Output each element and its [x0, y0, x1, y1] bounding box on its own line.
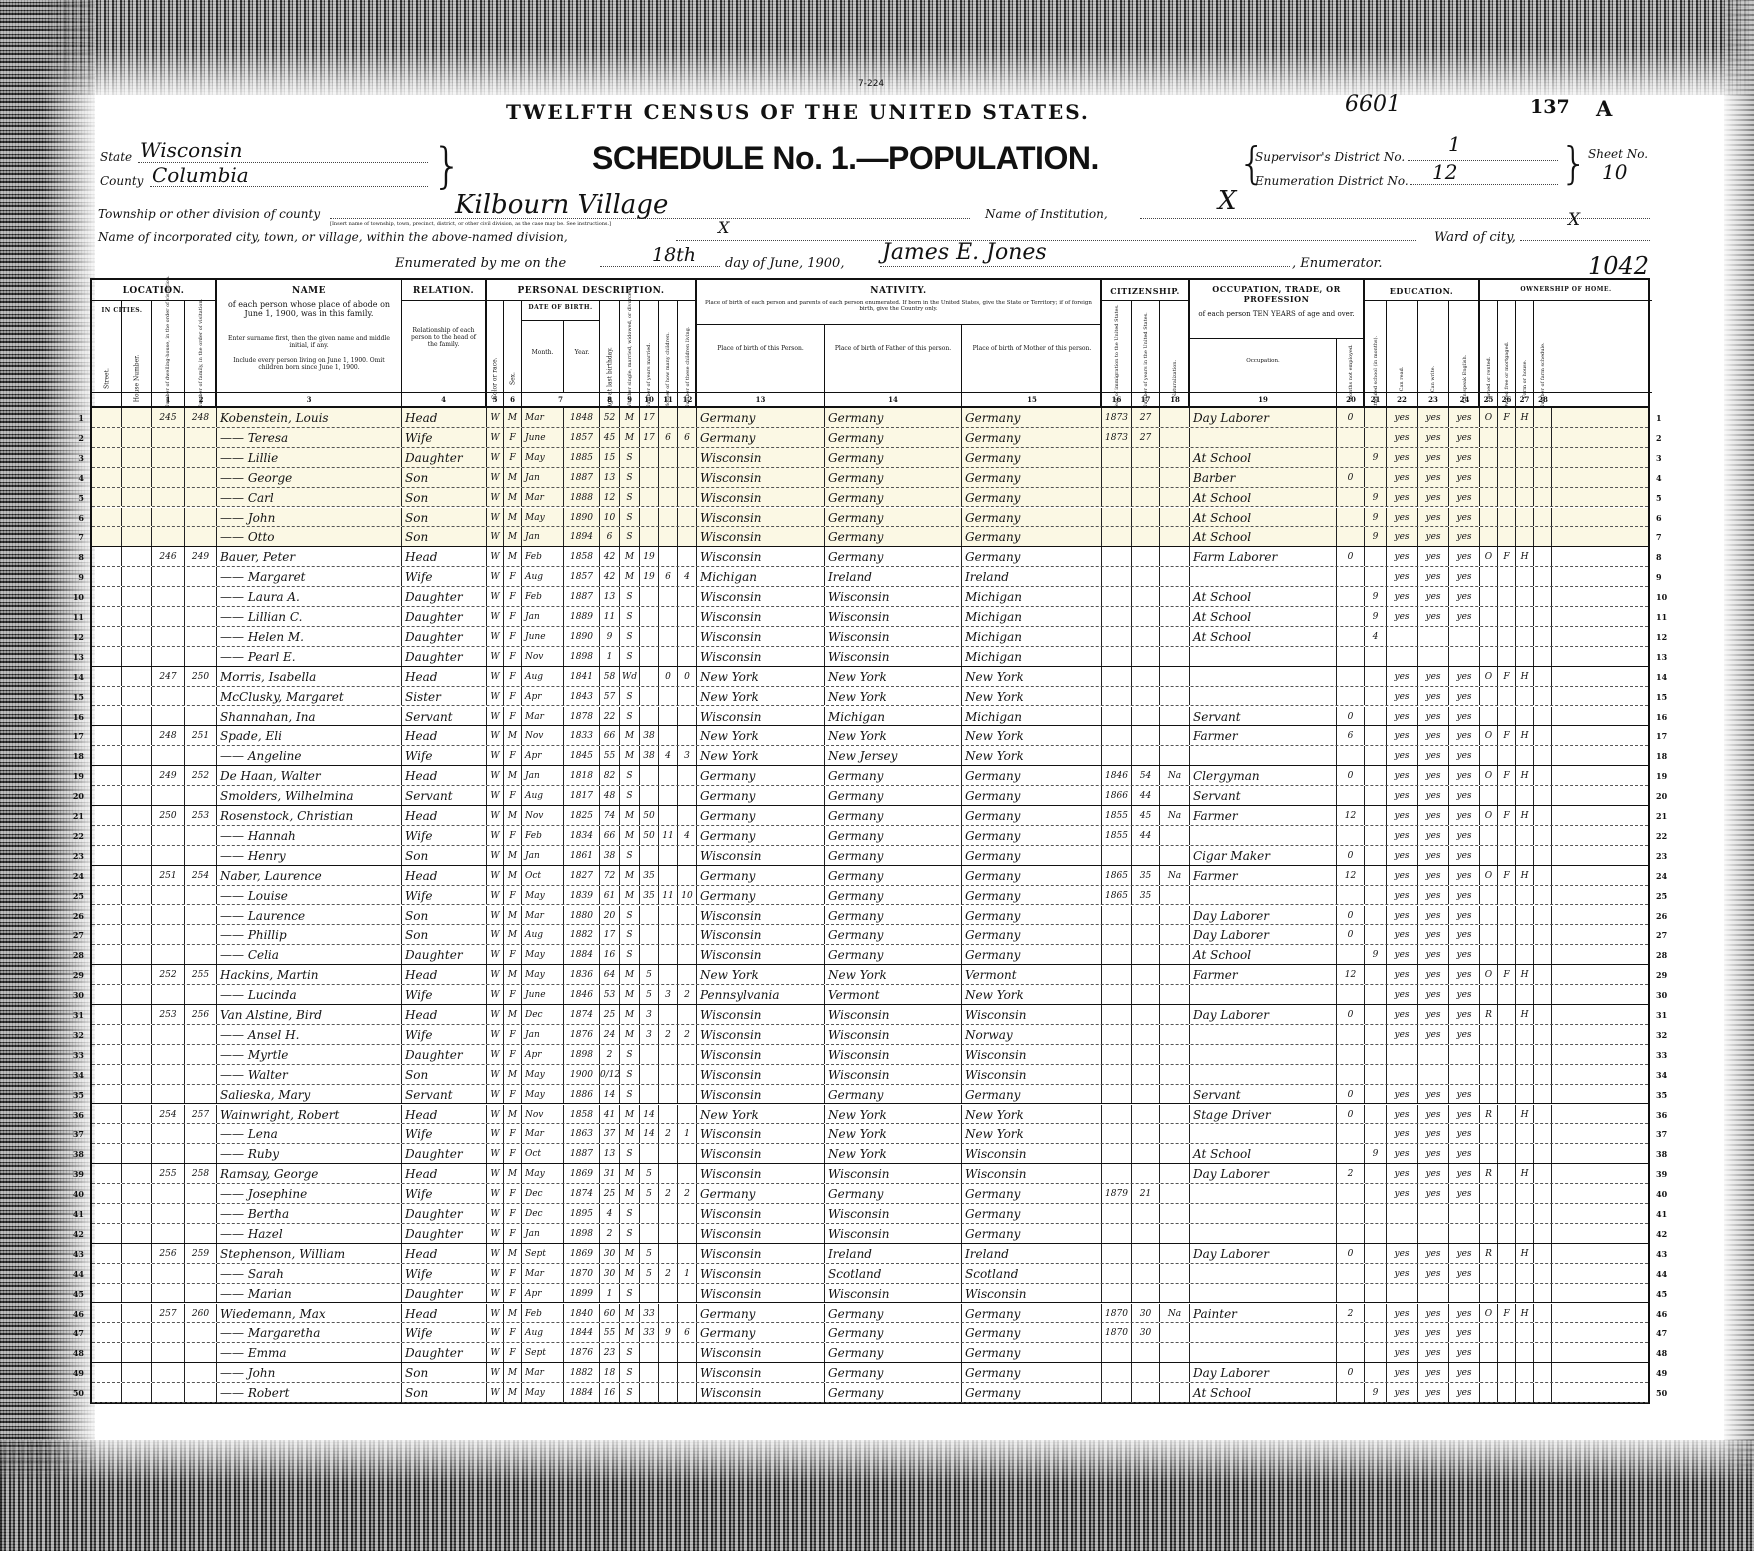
- cell-mother: Germany: [962, 866, 1102, 885]
- cell-occupation: [1190, 1323, 1337, 1342]
- cell-own: [1480, 846, 1498, 865]
- colnum-5: 5: [487, 395, 503, 404]
- cell-write: yes: [1418, 1164, 1449, 1183]
- cell-english: yes: [1449, 1363, 1480, 1382]
- cell-mother-of: [659, 806, 678, 825]
- table-header: LOCATION. IN CITIES. Street. House Numbe…: [92, 280, 1648, 408]
- cell-blank: [1552, 1284, 1652, 1303]
- cell-write: yes: [1418, 1025, 1449, 1044]
- cell-blank: [1552, 965, 1652, 984]
- cell-name: Ramsay, George: [217, 1164, 402, 1183]
- cell-mother: Germany: [962, 826, 1102, 845]
- cell-relation: Son: [402, 468, 487, 487]
- cell-immig: [1102, 985, 1132, 1004]
- cell-unemp: 0: [1337, 408, 1365, 427]
- cell-mother-of: 11: [659, 826, 678, 845]
- enumeration-label: Enumeration District No.: [1255, 174, 1409, 188]
- cell-unemp: [1337, 1025, 1365, 1044]
- cell-dwelling: [152, 508, 185, 527]
- supervisor-label: Supervisor's District No.: [1255, 150, 1405, 164]
- cell-living: 6: [678, 428, 697, 447]
- cell-write: yes: [1418, 925, 1449, 944]
- cell-color: W: [487, 786, 504, 805]
- cell-nat: [1160, 1144, 1190, 1163]
- cell-farm: [1516, 1025, 1534, 1044]
- cell-marital: S: [620, 786, 640, 805]
- cell-age: 17: [600, 925, 620, 944]
- cell-sched: [1534, 647, 1552, 666]
- cell-write: yes: [1418, 846, 1449, 865]
- cell-write: yes: [1418, 547, 1449, 566]
- cell-birth: Wisconsin: [697, 1164, 825, 1183]
- cell-family: [185, 1085, 217, 1104]
- cell-living: [678, 1383, 697, 1402]
- cell-father: Germany: [825, 468, 962, 487]
- cell-sex: F: [504, 786, 522, 805]
- cell-own: [1480, 488, 1498, 507]
- cell-yrs-married: 5: [640, 965, 659, 984]
- cell-free: [1498, 826, 1516, 845]
- cell-occupation: Day Laborer: [1190, 1244, 1337, 1263]
- township-value: Kilbourn Village: [455, 190, 668, 220]
- cell-marital: S: [620, 925, 640, 944]
- cell-house: [122, 1264, 152, 1283]
- cell-birth: Wisconsin: [697, 448, 825, 467]
- cell-name: —— Robert: [217, 1383, 402, 1402]
- cell-mother: Germany: [962, 786, 1102, 805]
- cell-write: yes: [1418, 488, 1449, 507]
- cell-sex: F: [504, 587, 522, 606]
- cell-school: 9: [1365, 448, 1387, 467]
- cell-sex: M: [504, 1164, 522, 1183]
- line-number-right: 4: [1656, 473, 1670, 483]
- cell-blank: [1552, 508, 1652, 527]
- cell-english: yes: [1449, 567, 1480, 586]
- cell-immig: [1102, 1224, 1132, 1243]
- cell-relation: Servant: [402, 1085, 487, 1104]
- cell-year: 1861: [564, 846, 600, 865]
- cell-family: [185, 468, 217, 487]
- line-number-right: 17: [1656, 731, 1670, 741]
- cell-father: Wisconsin: [825, 1065, 962, 1084]
- cell-month: Mar: [522, 1363, 564, 1382]
- line-number-right: 21: [1656, 811, 1670, 821]
- cell-free: F: [1498, 1304, 1516, 1323]
- cell-house: [122, 508, 152, 527]
- cell-mother: Michigan: [962, 707, 1102, 726]
- cell-relation: Wife: [402, 1124, 487, 1143]
- cell-mother: Germany: [962, 1343, 1102, 1362]
- table-row: —— LillieDaughterWFMay188515SWisconsinGe…: [92, 448, 1648, 468]
- cell-sex: M: [504, 925, 522, 944]
- cell-birth: Germany: [697, 408, 825, 427]
- cell-living: 2: [678, 1184, 697, 1203]
- cell-blank: [1552, 886, 1652, 905]
- cell-relation: Head: [402, 1304, 487, 1323]
- cell-birth: Wisconsin: [697, 508, 825, 527]
- cell-yrs-married: [640, 647, 659, 666]
- cell-school: [1365, 667, 1387, 686]
- line-number-right: 25: [1656, 891, 1670, 901]
- cell-school: [1365, 906, 1387, 925]
- cell-nat: [1160, 627, 1190, 646]
- cell-mother: New York: [962, 1105, 1102, 1124]
- cell-family: [185, 587, 217, 606]
- cell-yrs-married: [640, 587, 659, 606]
- table-row: —— MyrtleDaughterWFApr18982SWisconsinWis…: [92, 1045, 1648, 1065]
- table-row: —— Helen M.DaughterWFJune18909SWisconsin…: [92, 627, 1648, 647]
- cell-blank: [1552, 1065, 1652, 1084]
- cell-living: 0: [678, 667, 697, 686]
- cell-living: [678, 786, 697, 805]
- cell-unemp: [1337, 746, 1365, 765]
- cell-unemp: 0: [1337, 707, 1365, 726]
- cell-yrs-us: [1132, 527, 1160, 546]
- cell-free: [1498, 1343, 1516, 1362]
- table-row: —— JosephineWifeWFDec187425M522GermanyGe…: [92, 1184, 1648, 1204]
- cell-dwelling: [152, 1224, 185, 1243]
- cell-nat: [1160, 846, 1190, 865]
- cell-name: Spade, Eli: [217, 726, 402, 745]
- cell-birth: Germany: [697, 1304, 825, 1323]
- cell-write: yes: [1418, 1005, 1449, 1024]
- cell-family: [185, 786, 217, 805]
- cell-yrs-married: [640, 1045, 659, 1064]
- table-row: 249252De Haan, WalterHeadWMJan181882SGer…: [92, 766, 1648, 786]
- cell-yrs-us: [1132, 1124, 1160, 1143]
- cell-age: 53: [600, 985, 620, 1004]
- cell-write: yes: [1418, 726, 1449, 745]
- cell-mother-of: 9: [659, 1323, 678, 1342]
- cell-father: Wisconsin: [825, 1164, 962, 1183]
- cell-birth: New York: [697, 667, 825, 686]
- cell-sched: [1534, 1224, 1552, 1243]
- cell-english: yes: [1449, 1025, 1480, 1044]
- cell-mother: Germany: [962, 906, 1102, 925]
- cell-yrs-us: [1132, 647, 1160, 666]
- cell-mother: Wisconsin: [962, 1284, 1102, 1303]
- cell-age: 74: [600, 806, 620, 825]
- cell-year: 1836: [564, 965, 600, 984]
- cell-family: [185, 488, 217, 507]
- cell-birth: Wisconsin: [697, 707, 825, 726]
- cell-father: Germany: [825, 1323, 962, 1342]
- line-number-right: 31: [1656, 1010, 1670, 1020]
- cell-house: [122, 925, 152, 944]
- cell-read: yes: [1387, 766, 1418, 785]
- cell-birth: Germany: [697, 1184, 825, 1203]
- cell-mother: Germany: [962, 846, 1102, 865]
- enumerated-label: Enumerated by me on the: [395, 256, 566, 271]
- cell-yrs-us: [1132, 1244, 1160, 1263]
- cell-relation: Daughter: [402, 1284, 487, 1303]
- cell-sex: F: [504, 985, 522, 1004]
- cell-name: Stephenson, William: [217, 1244, 402, 1263]
- cell-occupation: [1190, 1065, 1337, 1084]
- cell-color: W: [487, 846, 504, 865]
- cell-marital: M: [620, 567, 640, 586]
- line-number: 48: [70, 1348, 84, 1358]
- cell-yrs-us: [1132, 547, 1160, 566]
- cell-age: 20: [600, 906, 620, 925]
- cell-street: [92, 945, 122, 964]
- cell-sex: M: [504, 527, 522, 546]
- cell-unemp: 0: [1337, 925, 1365, 944]
- colnum-26: 26: [1498, 395, 1515, 404]
- line-number: 13: [70, 652, 84, 662]
- cell-unemp: 2: [1337, 1304, 1365, 1323]
- cell-father: New York: [825, 1144, 962, 1163]
- cell-write: yes: [1418, 1363, 1449, 1382]
- cell-house: [122, 1184, 152, 1203]
- cell-dwelling: [152, 1085, 185, 1104]
- cell-sched: [1534, 866, 1552, 885]
- colnum-23: 23: [1418, 395, 1448, 404]
- line-number-right: 11: [1656, 612, 1670, 622]
- cell-father: Germany: [825, 1363, 962, 1382]
- cell-yrs-married: 3: [640, 1005, 659, 1024]
- cell-free: [1498, 1025, 1516, 1044]
- cell-house: [122, 408, 152, 427]
- cell-mother: New York: [962, 687, 1102, 706]
- cell-free: [1498, 567, 1516, 586]
- cell-marital: Wd: [620, 667, 640, 686]
- cell-mother-of: [659, 468, 678, 487]
- cell-read: yes: [1387, 607, 1418, 626]
- line-number: 31: [70, 1010, 84, 1020]
- cell-month: Feb: [522, 1304, 564, 1323]
- cell-relation: Wife: [402, 826, 487, 845]
- cell-english: yes: [1449, 448, 1480, 467]
- cell-unemp: 2: [1337, 1164, 1365, 1183]
- cell-own: O: [1480, 806, 1498, 825]
- cell-name: Kobenstein, Louis: [217, 408, 402, 427]
- cell-nat: [1160, 1085, 1190, 1104]
- cell-dwelling: [152, 527, 185, 546]
- cell-farm: H: [1516, 408, 1534, 427]
- cell-living: 1: [678, 1264, 697, 1283]
- cell-yrs-us: 27: [1132, 428, 1160, 447]
- cell-nat: [1160, 647, 1190, 666]
- cell-read: yes: [1387, 965, 1418, 984]
- cell-living: [678, 647, 697, 666]
- cell-marital: M: [620, 1244, 640, 1263]
- cell-unemp: [1337, 1184, 1365, 1203]
- cell-house: [122, 428, 152, 447]
- cell-name: —— Marian: [217, 1284, 402, 1303]
- table-row: McClusky, MargaretSisterWFApr184357SNew …: [92, 687, 1648, 707]
- cell-immig: [1102, 468, 1132, 487]
- cell-school: [1365, 1244, 1387, 1263]
- cell-mother: Michigan: [962, 627, 1102, 646]
- cell-blank: [1552, 746, 1652, 765]
- cell-own: [1480, 1025, 1498, 1044]
- cell-color: W: [487, 746, 504, 765]
- cell-farm: [1516, 468, 1534, 487]
- cell-free: F: [1498, 726, 1516, 745]
- cell-own: [1480, 1144, 1498, 1163]
- cell-family: [185, 1284, 217, 1303]
- cell-father: New York: [825, 1124, 962, 1143]
- cell-marital: M: [620, 726, 640, 745]
- cell-color: W: [487, 667, 504, 686]
- line-number-right: 24: [1656, 871, 1670, 881]
- cell-sex: F: [504, 687, 522, 706]
- cell-unemp: [1337, 1284, 1365, 1303]
- cell-own: [1480, 468, 1498, 487]
- cell-mother-of: [659, 607, 678, 626]
- cell-sex: M: [504, 1363, 522, 1382]
- cell-color: W: [487, 587, 504, 606]
- cell-house: [122, 607, 152, 626]
- cell-age: 13: [600, 468, 620, 487]
- cell-yrs-married: [640, 766, 659, 785]
- cell-occupation: [1190, 667, 1337, 686]
- cell-marital: M: [620, 547, 640, 566]
- cell-free: F: [1498, 866, 1516, 885]
- cell-yrs-us: [1132, 1363, 1160, 1382]
- colnum-6: 6: [504, 395, 521, 404]
- cell-name: —— Angeline: [217, 746, 402, 765]
- cell-immig: [1102, 687, 1132, 706]
- cell-sex: F: [504, 1045, 522, 1064]
- enumerator-name: James E. Jones: [882, 240, 1047, 265]
- cell-mother-of: [659, 906, 678, 925]
- cell-nat: [1160, 428, 1190, 447]
- cell-yrs-married: [640, 488, 659, 507]
- cell-free: [1498, 1184, 1516, 1203]
- cell-month: May: [522, 1065, 564, 1084]
- cell-mother: Germany: [962, 508, 1102, 527]
- cell-father: Wisconsin: [825, 607, 962, 626]
- cell-living: [678, 965, 697, 984]
- cell-yrs-us: [1132, 925, 1160, 944]
- birth-father-title: Place of birth of Father of this person.: [829, 346, 957, 353]
- cell-sched: [1534, 1085, 1552, 1104]
- cell-sched: [1534, 826, 1552, 845]
- cell-house: [122, 1065, 152, 1084]
- cell-mother-of: [659, 527, 678, 546]
- cell-relation: Son: [402, 1383, 487, 1402]
- cell-read: yes: [1387, 1085, 1418, 1104]
- cell-family: 253: [185, 806, 217, 825]
- cell-immig: [1102, 1065, 1132, 1084]
- cell-street: [92, 1264, 122, 1283]
- cell-age: 37: [600, 1124, 620, 1143]
- cell-read: yes: [1387, 1363, 1418, 1382]
- personal-title: PERSONAL DESCRIPTION.: [487, 286, 695, 296]
- table-row: Smolders, WilhelminaServantWFAug181748SG…: [92, 786, 1648, 806]
- cell-farm: [1516, 1065, 1534, 1084]
- cell-name: —— John: [217, 1363, 402, 1382]
- cell-blank: [1552, 428, 1652, 447]
- cell-sched: [1534, 1264, 1552, 1283]
- cell-dwelling: [152, 1204, 185, 1223]
- cell-dwelling: [152, 488, 185, 507]
- cell-nat: [1160, 408, 1190, 427]
- colnum-19: 19: [1190, 395, 1336, 404]
- cell-yrs-married: [640, 1065, 659, 1084]
- cell-write: [1418, 1065, 1449, 1084]
- cell-father: Germany: [825, 1343, 962, 1362]
- cell-marital: M: [620, 866, 640, 885]
- cell-read: yes: [1387, 1005, 1418, 1024]
- cell-family: 260: [185, 1304, 217, 1323]
- cell-yrs-married: 38: [640, 746, 659, 765]
- cell-write: yes: [1418, 587, 1449, 606]
- cell-name: —— Lucinda: [217, 985, 402, 1004]
- line-number-right: 49: [1656, 1368, 1670, 1378]
- cell-english: yes: [1449, 587, 1480, 606]
- cell-mother: Wisconsin: [962, 1144, 1102, 1163]
- cell-mother-of: 2: [659, 1184, 678, 1203]
- cell-family: 255: [185, 965, 217, 984]
- cell-month: May: [522, 886, 564, 905]
- census-table: LOCATION. IN CITIES. Street. House Numbe…: [90, 278, 1650, 1404]
- cell-year: 1882: [564, 1363, 600, 1382]
- cell-relation: Head: [402, 1244, 487, 1263]
- cell-birth: Wisconsin: [697, 906, 825, 925]
- cell-occupation: [1190, 1264, 1337, 1283]
- cell-street: [92, 1164, 122, 1183]
- cell-street: [92, 1224, 122, 1243]
- cell-own: R: [1480, 1105, 1498, 1124]
- cell-living: 1: [678, 1124, 697, 1143]
- cell-dwelling: [152, 1045, 185, 1064]
- cell-month: June: [522, 985, 564, 1004]
- cell-house: [122, 965, 152, 984]
- cell-color: W: [487, 1224, 504, 1243]
- cell-relation: Wife: [402, 1025, 487, 1044]
- cell-free: [1498, 945, 1516, 964]
- cell-read: [1387, 1065, 1418, 1084]
- cell-sex: M: [504, 866, 522, 885]
- cell-house: [122, 766, 152, 785]
- cell-sex: M: [504, 1005, 522, 1024]
- cell-sched: [1534, 985, 1552, 1004]
- cell-color: W: [487, 1204, 504, 1223]
- cell-write: yes: [1418, 786, 1449, 805]
- cell-yrs-married: 19: [640, 547, 659, 566]
- table-row: —— AngelineWifeWFApr184555M3843New YorkN…: [92, 746, 1648, 766]
- cell-occupation: Servant: [1190, 707, 1337, 726]
- cell-farm: [1516, 488, 1534, 507]
- cell-immig: [1102, 1343, 1132, 1362]
- cell-free: [1498, 1124, 1516, 1143]
- cell-unemp: [1337, 428, 1365, 447]
- cell-unemp: [1337, 567, 1365, 586]
- cell-immig: 1865: [1102, 886, 1132, 905]
- cell-sched: [1534, 627, 1552, 646]
- cell-read: yes: [1387, 707, 1418, 726]
- cell-mother: Michigan: [962, 587, 1102, 606]
- cell-age: 15: [600, 448, 620, 467]
- cell-unemp: [1337, 627, 1365, 646]
- colnum-3: 3: [217, 395, 401, 404]
- cell-sex: F: [504, 567, 522, 586]
- cell-color: W: [487, 488, 504, 507]
- dob-title: DATE OF BIRTH.: [522, 304, 599, 311]
- cell-immig: [1102, 1383, 1132, 1402]
- cell-immig: [1102, 1144, 1132, 1163]
- cell-occupation: Day Laborer: [1190, 925, 1337, 944]
- cell-name: —— Bertha: [217, 1204, 402, 1223]
- cell-sched: [1534, 468, 1552, 487]
- cell-yrs-married: 50: [640, 806, 659, 825]
- cell-yrs-us: [1132, 1204, 1160, 1223]
- cell-english: yes: [1449, 687, 1480, 706]
- cell-color: W: [487, 1244, 504, 1263]
